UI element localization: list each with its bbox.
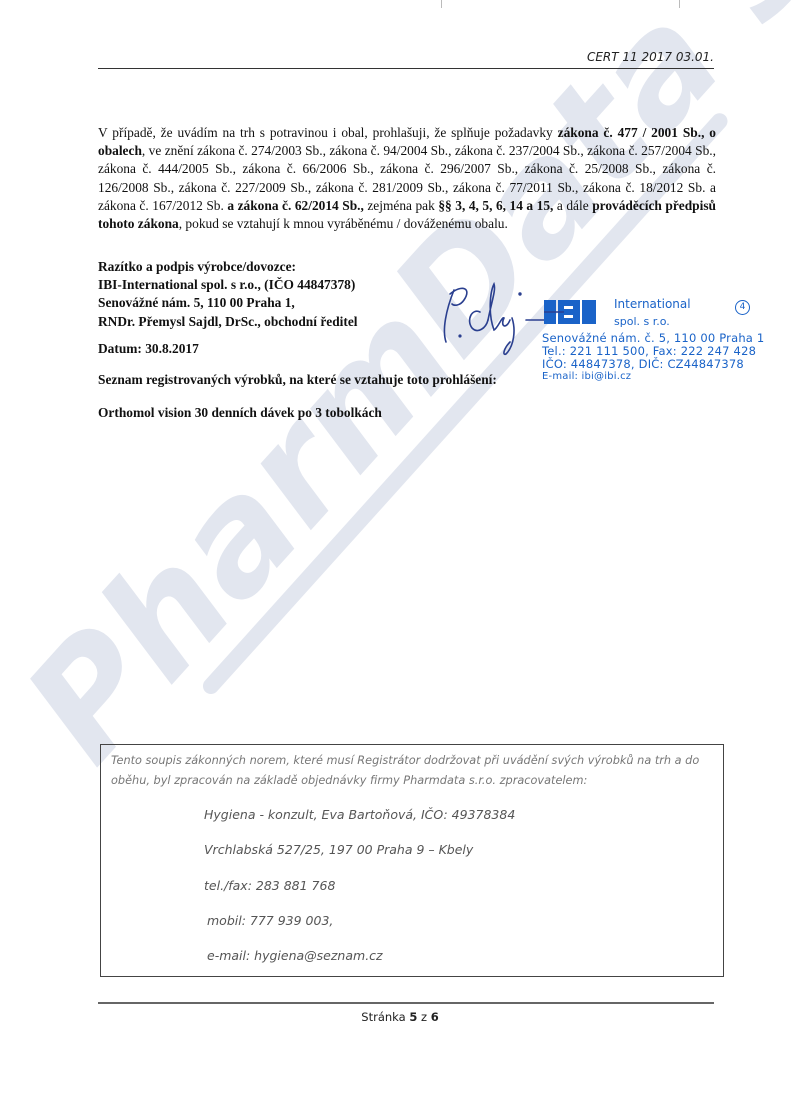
page-label: Stránka [361, 1010, 405, 1024]
declaration-text: zejména pak [364, 198, 439, 213]
manufacturer-address: Senovážné nám. 5, 110 00 Praha 1, [98, 294, 358, 312]
watermark-text: PharmData s.r.o. [0, 0, 800, 794]
manufacturer-company: IBI-International spol. s r.o., (IČO 448… [98, 276, 358, 294]
handwritten-signature [432, 270, 552, 365]
declaration-emphasis: a zákona č. 62/2014 Sb., [227, 198, 363, 213]
stamp-phone: Tel.: 221 111 500, Fax: 222 247 428 [542, 344, 756, 358]
scan-artifact [441, 0, 442, 8]
declaration-text: , pokud se vztahují k mnou vyráběnému / … [179, 216, 508, 231]
stamp-address: Senovážné nám. č. 5, 110 00 Praha 1 [542, 331, 764, 345]
processor-phone: tel./fax: 283 881 768 [204, 878, 335, 893]
info-box-intro: Tento soupis zákonných norem, které musí… [111, 751, 721, 791]
ibi-logo-icon [544, 298, 606, 326]
document-code: CERT 11 2017 03.01. [587, 50, 714, 64]
total-pages: 6 [431, 1010, 439, 1024]
products-label: Seznam registrovaných výrobků, na které … [98, 371, 497, 389]
page-number: Stránka 5 z 6 [0, 1010, 800, 1024]
processor-address: Vrchlabská 527/25, 197 00 Praha 9 – Kbel… [204, 842, 473, 857]
processor-name: Hygiena - konzult, Eva Bartoňová, IČO: 4… [204, 807, 515, 822]
processor-info-box: Tento soupis zákonných norem, které musí… [100, 744, 724, 977]
stamp-legal-form: spol. s r.o. [614, 315, 670, 328]
page-separator: z [421, 1010, 427, 1024]
stamp-ids: IČO: 44847378, DIČ: CZ44847378 [542, 357, 744, 371]
current-page: 5 [409, 1010, 417, 1024]
manufacturer-block: Razítko a podpis výrobce/dovozce: IBI-In… [98, 258, 358, 331]
header-divider [98, 68, 714, 69]
declaration-paragraph: V případě, že uvádím na trh s potravinou… [98, 124, 716, 233]
footer-divider [98, 1002, 714, 1004]
declaration-emphasis: §§ 3, 4, 5, 6, 14 a 15, [438, 198, 553, 213]
stamp-number: 4 [735, 300, 750, 315]
processor-email: e-mail: hygiena@seznam.cz [207, 948, 383, 963]
product-item: Orthomol vision 30 denních dávek po 3 to… [98, 404, 382, 422]
stamp-email: E-mail: ibi@ibi.cz [542, 371, 631, 382]
manufacturer-representative: RNDr. Přemysl Sajdl, DrSc., obchodní řed… [98, 313, 358, 331]
stamp-company-name: International [614, 297, 691, 311]
date: Datum: 30.8.2017 [98, 340, 199, 358]
scan-artifact [679, 0, 680, 8]
declaration-text: a dále [553, 198, 592, 213]
manufacturer-label: Razítko a podpis výrobce/dovozce: [98, 258, 358, 276]
declaration-text: V případě, že uvádím na trh s potravinou… [98, 125, 558, 140]
processor-mobile: mobil: 777 939 003, [207, 913, 333, 928]
